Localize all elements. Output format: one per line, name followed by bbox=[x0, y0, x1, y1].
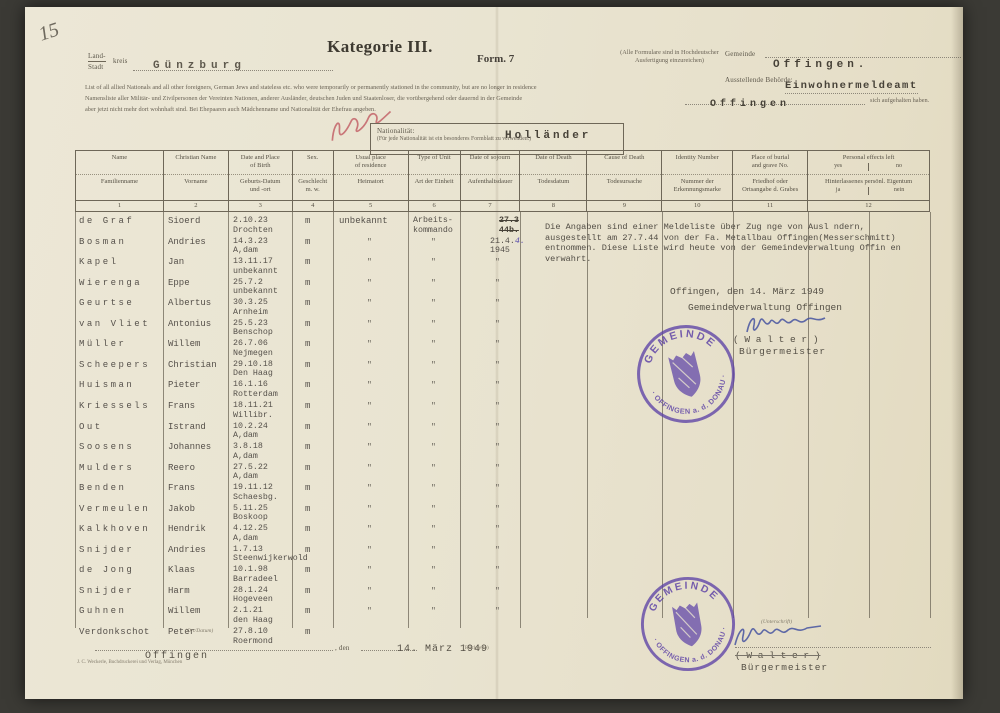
sex-cell: m bbox=[305, 401, 310, 411]
unit-cell: " bbox=[431, 340, 436, 349]
unit-cell: " bbox=[431, 525, 436, 534]
residence-cell: " bbox=[367, 320, 372, 329]
header-number: 6 bbox=[409, 201, 460, 211]
table-row: BendenFrans19.11.12 Schaesbg.m""" bbox=[75, 483, 930, 504]
header-col-8: Date of DeathTodesdatum8 bbox=[520, 151, 587, 211]
header-en: Christian Name bbox=[164, 151, 228, 175]
table-row: OutIstrand10.2.24 A,damm""" bbox=[75, 422, 930, 443]
header-number: 12 bbox=[808, 201, 929, 211]
residence-cell: " bbox=[367, 505, 372, 514]
table-row: SnijderHarm28.1.24 Hogeveenm""" bbox=[75, 586, 930, 607]
first-name-cell: Andries bbox=[168, 545, 206, 555]
footer-den-label: , den bbox=[335, 644, 350, 652]
header-de: Heimatort bbox=[334, 175, 408, 201]
header-sub: ja bbox=[808, 187, 868, 195]
header-de: Geschlechtm. w. bbox=[293, 175, 333, 201]
birth-cell: 30.3.25 Arnheim bbox=[233, 298, 268, 317]
name-cell: Verdonkschot bbox=[79, 627, 150, 637]
sex-cell: m bbox=[305, 319, 310, 329]
unit-cell: " bbox=[431, 607, 436, 616]
header-col-1: NameFamilienname1 bbox=[76, 151, 164, 211]
name-cell: van Vliet bbox=[79, 319, 150, 329]
name-cell: Bosman bbox=[79, 237, 126, 247]
table-row: KriesselsFrans18.11.21 Willibr.m""" bbox=[75, 401, 930, 422]
table-row: HuismanPieter16.1.16 Rotterdamm""" bbox=[75, 380, 930, 401]
birth-cell: 16.1.16 Rotterdam bbox=[233, 380, 278, 399]
sojourn-cell: " bbox=[495, 505, 500, 514]
table-row: KalkhovenHendrik4.12.25 A,damm""" bbox=[75, 524, 930, 545]
unit-cell: " bbox=[431, 258, 436, 267]
first-name-cell: Andries bbox=[168, 237, 206, 247]
sex-cell: m bbox=[305, 504, 310, 514]
behoerde-label: Ausstellende Behörde: bbox=[725, 76, 793, 84]
kreis-label: kreis bbox=[113, 57, 128, 65]
unit-cell: " bbox=[431, 361, 436, 370]
first-name-cell: Jakob bbox=[168, 504, 195, 514]
handwritten-correction: 4. bbox=[515, 237, 525, 246]
header-en: Sex. bbox=[293, 151, 333, 175]
first-name-cell: Willem bbox=[168, 339, 200, 349]
header-en: Date and Place of Birth bbox=[229, 151, 292, 175]
table-row: SoosensJohannes3.8.18 A,damm""" bbox=[75, 442, 930, 463]
intro-english: List of all allied Nationals and all oth… bbox=[85, 84, 965, 91]
sex-cell: m bbox=[305, 339, 310, 349]
header-de: Familienname bbox=[76, 175, 163, 201]
header-de: Vorname bbox=[164, 175, 228, 201]
birth-cell: 27.5.22 A,dam bbox=[233, 463, 268, 482]
first-name-cell: Christian bbox=[168, 360, 217, 370]
gemeinde-label: Gemeinde bbox=[725, 50, 755, 58]
birth-cell: 4.12.25 A,dam bbox=[233, 524, 268, 543]
residence-cell: " bbox=[367, 464, 372, 473]
name-cell: Mulders bbox=[79, 463, 134, 473]
column-footnote: (Ort/Datum) bbox=[185, 628, 213, 634]
sojourn-cell: " bbox=[495, 423, 500, 432]
residence-cell: " bbox=[367, 361, 372, 370]
header-number: 4 bbox=[293, 201, 333, 211]
first-name-cell: Frans bbox=[168, 401, 195, 411]
sex-cell: m bbox=[305, 380, 310, 390]
header-en: Identity Number bbox=[662, 151, 732, 175]
birth-cell: 28.1.24 Hogeveen bbox=[233, 586, 273, 605]
sojourn-cell: " bbox=[495, 566, 500, 575]
name-cell: Guhnen bbox=[79, 606, 126, 616]
unit-cell: " bbox=[431, 381, 436, 390]
residence-cell: " bbox=[367, 238, 372, 247]
sex-cell: m bbox=[305, 237, 310, 247]
birth-cell: 2.1.21 den Haag bbox=[233, 606, 273, 625]
header-number: 11 bbox=[733, 201, 807, 211]
header-col-10: Identity NumberNummer der Erkennungsmark… bbox=[662, 151, 733, 211]
footer-place-line bbox=[95, 640, 333, 651]
residence-cell: " bbox=[367, 443, 372, 452]
sojourn-cell: " bbox=[495, 587, 500, 596]
birth-cell: 2.10.23 Drochten bbox=[233, 216, 273, 235]
sojourn-cell: " bbox=[495, 525, 500, 534]
first-name-cell: Hendrik bbox=[168, 524, 206, 534]
sojourn-cell: " bbox=[495, 402, 500, 411]
unit-cell: " bbox=[431, 402, 436, 411]
name-cell: Kalkhoven bbox=[79, 524, 150, 534]
first-name-cell: Antonius bbox=[168, 319, 211, 329]
header-de: Nummer der Erkennungsmarke bbox=[662, 175, 732, 201]
unit-cell: " bbox=[431, 484, 436, 493]
sojourn-cell: " bbox=[495, 381, 500, 390]
sojourn-cell: " bbox=[495, 484, 500, 493]
header-de: Friedhof oder Ortsangabe d. Grabes bbox=[733, 175, 807, 201]
sex-cell: m bbox=[305, 524, 310, 534]
birth-cell: 13.11.17 unbekannt bbox=[233, 257, 278, 276]
sex-cell: m bbox=[305, 360, 310, 370]
sex-cell: m bbox=[305, 627, 310, 637]
header-number: 10 bbox=[662, 201, 732, 211]
birth-cell: 18.11.21 Willibr. bbox=[233, 401, 273, 420]
sojourn-cell: " bbox=[495, 320, 500, 329]
first-name-cell: Jan bbox=[168, 257, 184, 267]
sex-cell: m bbox=[305, 298, 310, 308]
residence-cell: unbekannt bbox=[339, 216, 388, 226]
table-row: ScheepersChristian29.10.18 Den Haagm""" bbox=[75, 360, 930, 381]
sex-cell: m bbox=[305, 216, 310, 226]
nationality-value: Holländer bbox=[505, 130, 591, 142]
header-col-5: Usual place of residenceHeimatort5 bbox=[334, 151, 409, 211]
residence-cell: " bbox=[367, 402, 372, 411]
residence-cell: " bbox=[367, 587, 372, 596]
remark-line: verwahrt. bbox=[545, 254, 901, 265]
printer-imprint: J. C. Weckerle, Buchdruckerei und Verlag… bbox=[77, 660, 182, 665]
hochdeutsch-note-line2: Ausfertigung einzureichen) bbox=[577, 57, 762, 65]
header-number: 3 bbox=[229, 201, 292, 211]
birth-cell: 26.7.06 Nejmegen bbox=[233, 339, 273, 358]
gemeinde-fill-line bbox=[765, 44, 961, 58]
header-de: Aufenthaltsdauer bbox=[461, 175, 520, 201]
header-en: Date of sojourn bbox=[461, 151, 520, 175]
column-line bbox=[930, 212, 931, 618]
unit-cell: Arbeits- kommando bbox=[413, 216, 453, 235]
birth-cell: 25.7.2 unbekannt bbox=[233, 278, 278, 297]
header-number: 7 bbox=[461, 201, 520, 211]
header-col-6: Type of UnitArt der Einheit6 bbox=[409, 151, 461, 211]
gemeinde-stamp-bottom: GEMEINDE · OFFINGEN a. d. DONAU · bbox=[631, 567, 745, 681]
unit-cell: " bbox=[431, 423, 436, 432]
remark-line: entnommen. Diese Liste wird heute von de… bbox=[545, 243, 901, 254]
bottom-title: Bürgermeister bbox=[741, 662, 828, 673]
header-col-11: Place of burial and grave No.Friedhof od… bbox=[733, 151, 808, 211]
sojourn-cell: " bbox=[495, 299, 500, 308]
residence-cell: " bbox=[367, 381, 372, 390]
unit-cell: " bbox=[431, 505, 436, 514]
name-cell: Huisman bbox=[79, 380, 134, 390]
birth-cell: 5.11.25 Boskoop bbox=[233, 504, 268, 523]
residence-cell: " bbox=[367, 484, 372, 493]
first-name-cell: Albertus bbox=[168, 298, 211, 308]
residence-cell: " bbox=[367, 525, 372, 534]
header-sub: yes bbox=[808, 163, 868, 171]
sex-cell: m bbox=[305, 586, 310, 596]
birth-cell: 19.11.12 Schaesbg. bbox=[233, 483, 278, 502]
header-sub: no bbox=[868, 163, 929, 171]
table-row: SnijderAndries1.7.13 Steenwijkerwoldm""" bbox=[75, 545, 930, 566]
header-en: Cause of Death bbox=[587, 151, 661, 175]
unit-cell: " bbox=[431, 320, 436, 329]
residence-cell: " bbox=[367, 279, 372, 288]
residence-cell: " bbox=[367, 566, 372, 575]
unit-cell: " bbox=[431, 299, 436, 308]
sojourn-cell: 21.4.4. 1945 bbox=[490, 237, 525, 256]
pencil-page-number: 15 bbox=[36, 18, 62, 46]
sojourn-cell: 27.3 44b. bbox=[499, 216, 519, 235]
unit-cell: " bbox=[431, 238, 436, 247]
bottom-name-typed: ( W a l t e r ) bbox=[735, 650, 821, 661]
header-col-7: Date of sojournAufenthaltsdauer7 bbox=[461, 151, 521, 211]
unit-cell: " bbox=[431, 279, 436, 288]
name-cell: de Graf bbox=[79, 216, 134, 226]
sex-cell: m bbox=[305, 422, 310, 432]
signature-line bbox=[735, 637, 931, 648]
header-en: Place of burial and grave No. bbox=[733, 151, 807, 175]
header-number: 1 bbox=[76, 201, 163, 211]
first-name-cell: Johannes bbox=[168, 442, 211, 452]
residence-cell: " bbox=[367, 299, 372, 308]
name-cell: de Jong bbox=[79, 565, 134, 575]
header-number: 5 bbox=[334, 201, 408, 211]
header-col-3: Date and Place of BirthGeburts-Datum und… bbox=[229, 151, 293, 211]
back-note: (Rückseite) bbox=[463, 645, 489, 651]
header-sub: nein bbox=[868, 187, 929, 195]
name-cell: Vermeulen bbox=[79, 504, 150, 514]
sex-cell: m bbox=[305, 257, 310, 267]
document-paper: 15 Kategorie III. Form. 7 (Alle Formular… bbox=[25, 7, 963, 699]
header-col-4: Sex.Geschlechtm. w.4 bbox=[293, 151, 334, 211]
first-name-cell: Frans bbox=[168, 483, 195, 493]
header-de: Geburts-Datum und -ort bbox=[229, 175, 292, 201]
unit-cell: " bbox=[431, 443, 436, 452]
unit-cell: " bbox=[431, 464, 436, 473]
birth-cell: 14.3.23 A,dam bbox=[233, 237, 268, 256]
header-number: 8 bbox=[520, 201, 586, 211]
sojourn-cell: " bbox=[495, 361, 500, 370]
intro-gemeinde-value: Offingen bbox=[710, 99, 790, 110]
sex-cell: m bbox=[305, 606, 310, 616]
unit-cell: " bbox=[431, 566, 436, 575]
certify-place-date: Offingen, den 14. März 1949 bbox=[670, 286, 824, 297]
name-cell: Snijder bbox=[79, 545, 134, 555]
residence-cell: " bbox=[367, 546, 372, 555]
form-number: Form. 7 bbox=[477, 53, 514, 65]
name-cell: Benden bbox=[79, 483, 126, 493]
remark-paragraph: Die Angaben sind einer Meldeliste über Z… bbox=[545, 222, 901, 264]
sex-cell: m bbox=[305, 483, 310, 493]
birth-cell: 3.8.18 A,dam bbox=[233, 442, 263, 461]
name-cell: Kriessels bbox=[79, 401, 150, 411]
sojourn-cell: " bbox=[495, 443, 500, 452]
header-en: Name bbox=[76, 151, 163, 175]
header-number: 9 bbox=[587, 201, 661, 211]
name-cell: Out bbox=[79, 422, 103, 432]
sojourn-cell: " bbox=[495, 464, 500, 473]
residence-cell: " bbox=[367, 423, 372, 432]
header-col-12: Personal effects leftyesnoHinterlassenes… bbox=[808, 151, 930, 211]
kreis-value: Günzburg bbox=[153, 60, 246, 72]
name-cell: Soosens bbox=[79, 442, 134, 452]
header-de: Hinterlassenes persönl. Eigentumjanein bbox=[808, 175, 929, 201]
birth-cell: 25.5.23 Benschop bbox=[233, 319, 273, 338]
intro-german-1: Namensliste aller Militär- und Zivilpers… bbox=[85, 95, 522, 102]
name-cell: Snijder bbox=[79, 586, 134, 596]
header-en: Personal effects leftyesno bbox=[808, 151, 929, 175]
header-de: Art der Einheit bbox=[409, 175, 460, 201]
first-name-cell: Harm bbox=[168, 586, 190, 596]
sex-cell: m bbox=[305, 278, 310, 288]
unit-cell: " bbox=[431, 546, 436, 555]
remark-line: Die Angaben sind einer Meldeliste über Z… bbox=[545, 222, 901, 233]
name-cell: Kapel bbox=[79, 257, 119, 267]
first-name-cell: Sioerd bbox=[168, 216, 200, 226]
header-col-9: Cause of DeathTodesursache9 bbox=[587, 151, 662, 211]
header-en: Usual place of residence bbox=[334, 151, 408, 175]
sex-cell: m bbox=[305, 442, 310, 452]
name-cell: Müller bbox=[79, 339, 126, 349]
sex-cell: m bbox=[305, 565, 310, 575]
table-row: VermeulenJakob5.11.25 Boskoopm""" bbox=[75, 504, 930, 525]
scan-background: 15 Kategorie III. Form. 7 (Alle Formular… bbox=[0, 0, 1000, 713]
header-number: 2 bbox=[164, 201, 228, 211]
first-name-cell: Istrand bbox=[168, 422, 206, 432]
sex-cell: m bbox=[305, 463, 310, 473]
table-header: NameFamilienname1Christian NameVorname2D… bbox=[75, 150, 930, 212]
intro-german-suffix: sich aufgehalten haben. bbox=[870, 97, 929, 104]
first-name-cell: Eppe bbox=[168, 278, 190, 288]
first-name-cell: Willem bbox=[168, 606, 200, 616]
residence-cell: " bbox=[367, 258, 372, 267]
birth-cell: 29.10.18 Den Haag bbox=[233, 360, 273, 379]
residence-cell: " bbox=[367, 340, 372, 349]
header-en: Type of Unit bbox=[409, 151, 460, 175]
name-cell: Geurtse bbox=[79, 298, 134, 308]
header-sub: m. w. bbox=[293, 186, 333, 194]
birth-cell: 10.1.98 Barradeel bbox=[233, 565, 278, 584]
land-label: Land- bbox=[88, 52, 106, 62]
unit-cell: " bbox=[431, 587, 436, 596]
sojourn-cell: " bbox=[495, 546, 500, 555]
header-de: Todesdatum bbox=[520, 175, 586, 201]
table-row: de JongKlaas10.1.98 Barradeelm""" bbox=[75, 565, 930, 586]
first-name-cell: Pieter bbox=[168, 380, 200, 390]
sojourn-cell: " bbox=[495, 607, 500, 616]
residence-cell: " bbox=[367, 607, 372, 616]
first-name-cell: Reero bbox=[168, 463, 195, 473]
table-body: de GrafSioerd2.10.23 DrochtenmunbekanntA… bbox=[75, 212, 930, 632]
sex-cell: m bbox=[305, 545, 310, 555]
name-cell: Scheepers bbox=[79, 360, 150, 370]
intro-german-2: aber jetzt nicht mehr dort wohnhaft sind… bbox=[85, 106, 376, 113]
sojourn-cell: " bbox=[495, 258, 500, 267]
first-name-cell: Klaas bbox=[168, 565, 195, 575]
certify-name-typed: ( W a l t e r ) bbox=[733, 334, 819, 345]
birth-cell: 10.2.24 A,dam bbox=[233, 422, 268, 441]
sojourn-cell: " bbox=[495, 279, 500, 288]
gemeinde-value: Offingen. bbox=[773, 59, 868, 71]
header-de: Todesursache bbox=[587, 175, 661, 201]
certify-title: Bürgermeister bbox=[739, 346, 826, 357]
name-cell: Wierenga bbox=[79, 278, 142, 288]
header-en: Date of Death bbox=[520, 151, 586, 175]
remark-line: ausgestellt am 27.7.44 von der Fa. Metal… bbox=[545, 233, 901, 244]
birth-cell: 1.7.13 Steenwijkerwold bbox=[233, 545, 308, 564]
table-row: MuldersReero27.5.22 A,damm""" bbox=[75, 463, 930, 484]
sojourn-cell: " bbox=[495, 340, 500, 349]
stadt-label: Stadt bbox=[88, 63, 103, 71]
header-col-2: Christian NameVorname2 bbox=[164, 151, 229, 211]
